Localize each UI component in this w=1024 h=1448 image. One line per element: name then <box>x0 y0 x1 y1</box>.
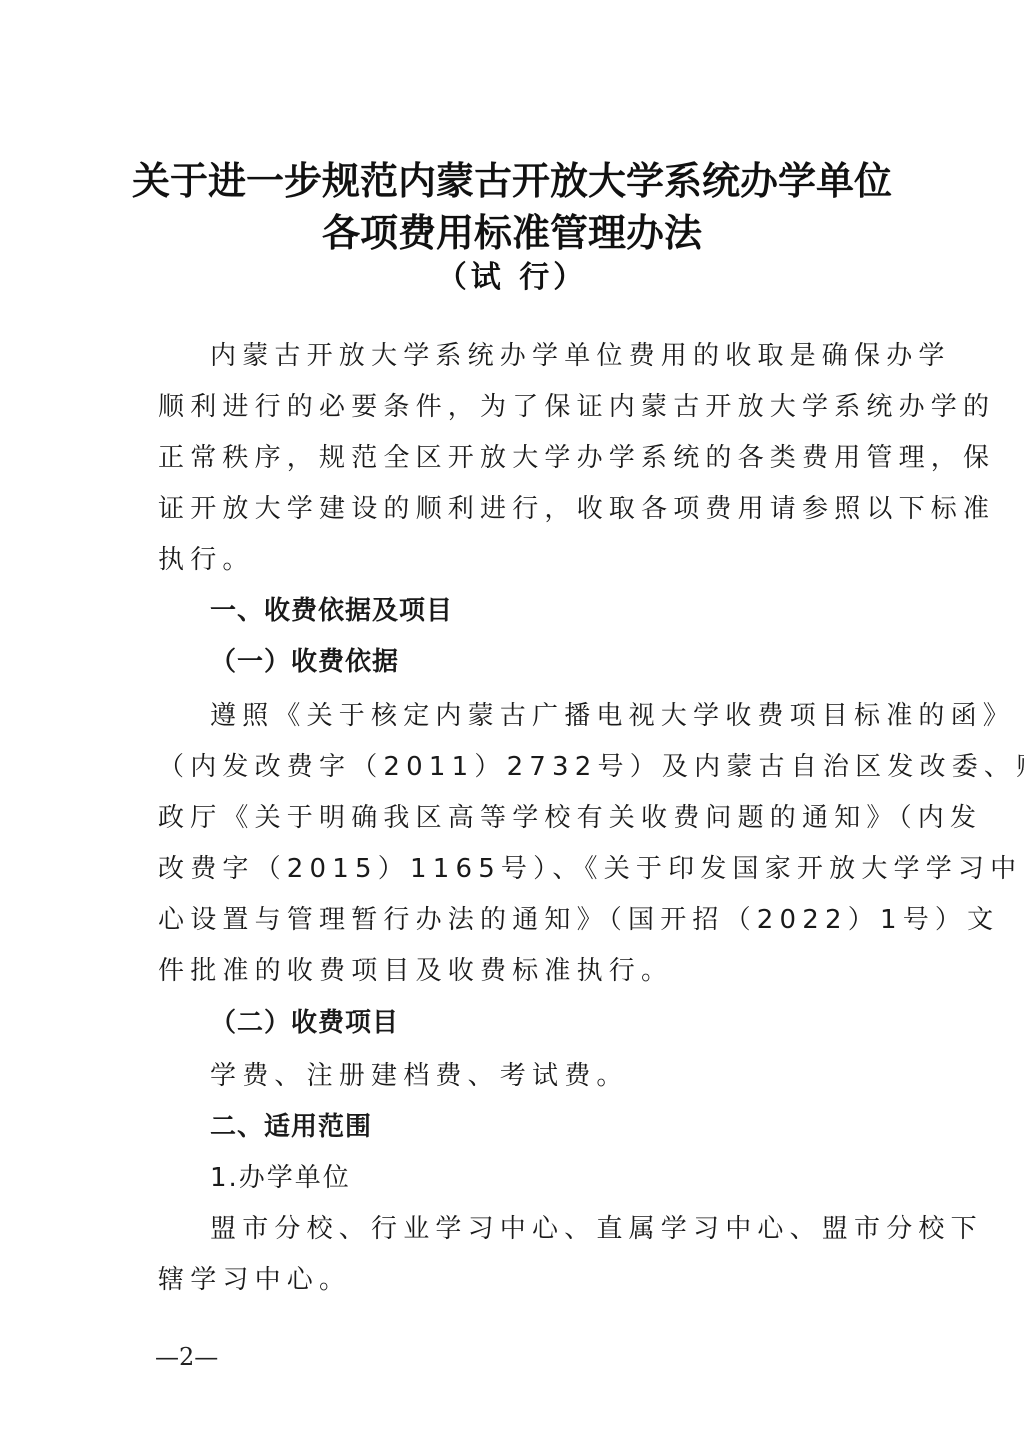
document-subtitle-trial: （试 行） <box>0 252 1024 296</box>
section-heading-1: 一、收费依据及项目 <box>210 595 870 627</box>
subsection-heading-1-2: （二）收费项目 <box>210 1007 870 1039</box>
basis-line: 改费字（2015）1165号）、《关于印发国家开放大学学习中 <box>158 853 870 885</box>
item-heading-2-1: 1.办学单位 <box>210 1162 870 1194</box>
basis-line: （内发改费字（2011）2732号）及内蒙古自治区发改委、财 <box>158 751 870 783</box>
units-line: 辖学习中心。 <box>158 1264 870 1296</box>
basis-line: 心设置与管理暂行办法的通知》（国开招（2022）1号）文 <box>158 904 870 936</box>
basis-line: 遵照《关于核定内蒙古广播电视大学收费项目标准的函》 <box>210 700 870 732</box>
subsection-heading-1-1: （一）收费依据 <box>210 646 870 678</box>
intro-line: 内蒙古开放大学系统办学单位费用的收取是确保办学 <box>210 340 870 372</box>
intro-line: 证开放大学建设的顺利进行，收取各项费用请参照以下标准 <box>158 493 870 525</box>
intro-line: 执行。 <box>158 544 870 576</box>
document-title-line-2: 各项费用标准管理办法 <box>0 202 1024 257</box>
fee-items-line: 学费、注册建档费、考试费。 <box>210 1060 870 1092</box>
basis-line: 政厅《关于明确我区高等学校有关收费问题的通知》（内发 <box>158 802 870 834</box>
units-line: 盟市分校、行业学习中心、直属学习中心、盟市分校下 <box>210 1213 870 1245</box>
document-title-line-1: 关于进一步规范内蒙古开放大学系统办学单位 <box>0 150 1024 205</box>
intro-line: 正常秩序，规范全区开放大学办学系统的各类费用管理，保 <box>158 442 870 474</box>
section-heading-2: 二、适用范围 <box>210 1111 870 1143</box>
document-page: 关于进一步规范内蒙古开放大学系统办学单位 各项费用标准管理办法 （试 行） 内蒙… <box>0 0 1024 1448</box>
page-number: —2— <box>155 1343 218 1371</box>
basis-line: 件批准的收费项目及收费标准执行。 <box>158 955 870 987</box>
intro-line: 顺利进行的必要条件，为了保证内蒙古开放大学系统办学的 <box>158 391 870 423</box>
